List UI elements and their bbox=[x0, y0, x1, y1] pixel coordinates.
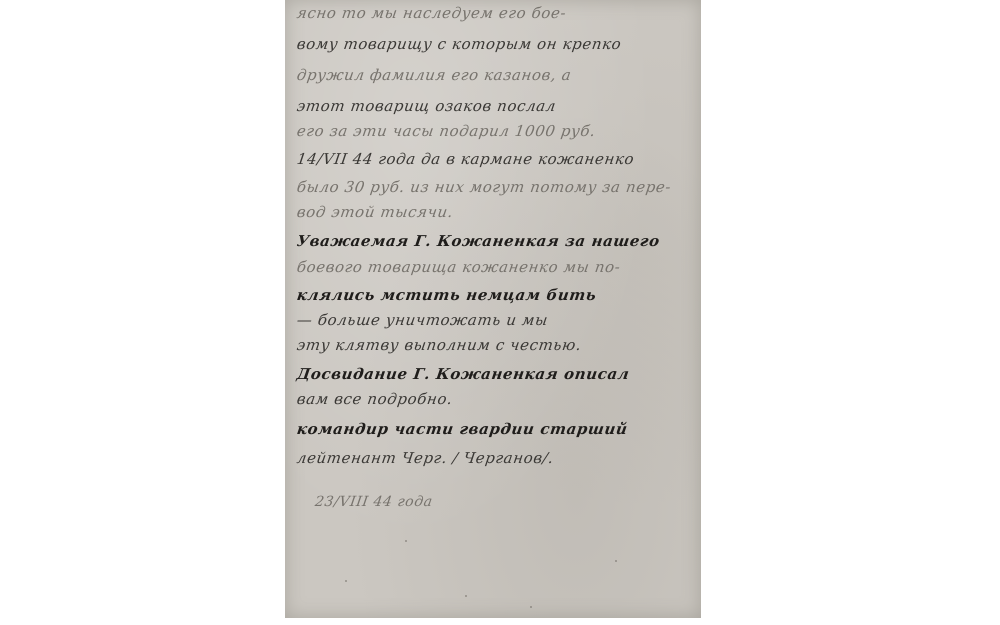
paper-speck bbox=[530, 606, 532, 608]
letter-page: ясно то мы наследуем его бое- вому товар… bbox=[285, 0, 701, 618]
letter-date: 23/VIII 44 года bbox=[314, 494, 434, 510]
letter-line-2: вому товарищу с которым он крепко bbox=[296, 35, 623, 53]
letter-line-14: Досвидание Г. Кожаненкая описал bbox=[296, 365, 631, 383]
letter-line-10: боевого товарища кожаненко мы по- bbox=[296, 258, 622, 276]
paper-speck bbox=[405, 540, 407, 542]
letter-line-13: эту клятву выполним с честью. bbox=[296, 336, 583, 354]
paper-speck bbox=[615, 560, 617, 562]
letter-line-9: Уважаемая Г. Кожаненкая за нашего bbox=[296, 232, 661, 250]
letter-line-16: командир части гвардии старший bbox=[296, 420, 629, 438]
letter-line-7: было 30 руб. из них могут потому за пере… bbox=[296, 178, 673, 196]
letter-line-12: — больше уничтожать и мы bbox=[296, 311, 550, 329]
letter-line-1: ясно то мы наследуем его бое- bbox=[296, 4, 568, 22]
letter-line-5: его за эти часы подарил 1000 руб. bbox=[296, 122, 597, 140]
letter-line-11: клялись мстить немцам бить bbox=[296, 286, 598, 304]
letter-line-6: 14/VII 44 года да в кармане кожаненко bbox=[296, 150, 636, 168]
letter-line-8: вод этой тысячи. bbox=[296, 203, 455, 221]
letter-line-15: вам все подробно. bbox=[296, 390, 454, 408]
letter-line-3: дружил фамилия его казанов, а bbox=[296, 66, 573, 84]
letter-line-4: этот товарищ озаков послал bbox=[296, 97, 558, 115]
paper-speck bbox=[345, 580, 347, 582]
paper-speck bbox=[465, 595, 467, 597]
signature-line: лейтенант Черг. / Черганов/. bbox=[296, 449, 555, 467]
